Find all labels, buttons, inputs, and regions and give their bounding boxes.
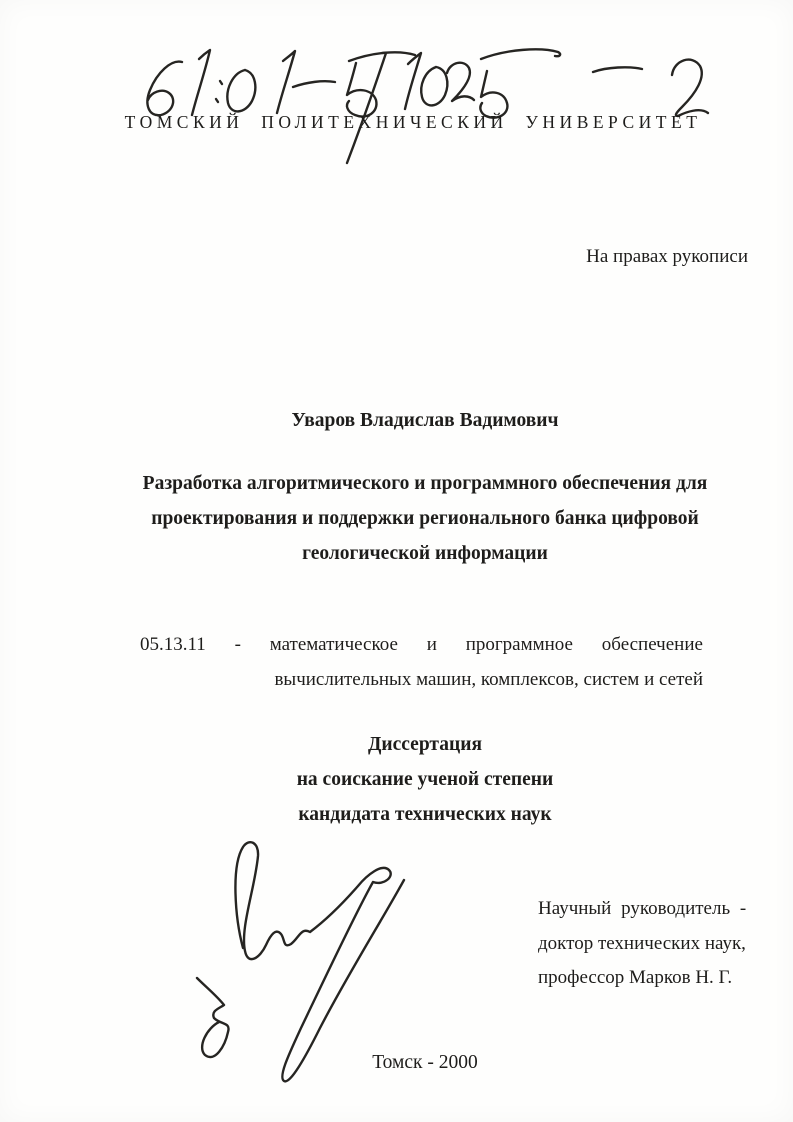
supervisor-block: Научный руководитель - доктор технически… [538, 892, 756, 996]
university-name: ТОМСКИЙ ПОЛИТЕХНИЧЕСКИЙ УНИВЕРСИТЕТ [33, 112, 793, 133]
specialty-code: 05.13.11 [140, 634, 206, 656]
dissertation-title-page: ТОМСКИЙ ПОЛИТЕХНИЧЕСКИЙ УНИВЕРСИТЕТ На п… [0, 0, 793, 1122]
signature-handwriting-icon [185, 828, 435, 1086]
degree-line-3: кандидата технических наук [140, 797, 710, 832]
specialty-code-line: 05.13.11 - математическое и программное … [140, 634, 703, 656]
supervisor-line-3: профессор Марков Н. Г. [538, 961, 756, 996]
specialty-word-1: математическое [270, 634, 398, 656]
specialty-word-2: и [427, 634, 437, 656]
supervisor-line-1: Научный руководитель - [538, 892, 756, 927]
dissertation-title: Разработка алгоритмического и программно… [124, 466, 726, 571]
title-line-2: проектирования и поддержки регионального… [124, 501, 726, 536]
manuscript-note: На правах рукописи [586, 246, 748, 268]
city-year: Томск - 2000 [140, 1052, 710, 1074]
degree-line-2: на соискание ученой степени [140, 762, 710, 797]
dissertation-label: Диссертация [140, 727, 710, 762]
specialty-description-line: вычислительных машин, комплексов, систем… [140, 669, 703, 691]
supervisor-line-2: доктор технических наук, [538, 927, 756, 962]
specialty-block: 05.13.11 - математическое и программное … [140, 634, 703, 691]
specialty-dash: - [235, 634, 241, 656]
author-name: Уваров Владислав Вадимович [140, 410, 710, 432]
title-line-1: Разработка алгоритмического и программно… [124, 466, 726, 501]
registration-number-handwriting-icon [135, 45, 725, 175]
specialty-word-4: обеспечение [602, 634, 703, 656]
title-line-3: геологической информации [124, 536, 726, 571]
specialty-word-3: программное [466, 634, 573, 656]
degree-block: Диссертация на соискание ученой степени … [140, 727, 710, 832]
